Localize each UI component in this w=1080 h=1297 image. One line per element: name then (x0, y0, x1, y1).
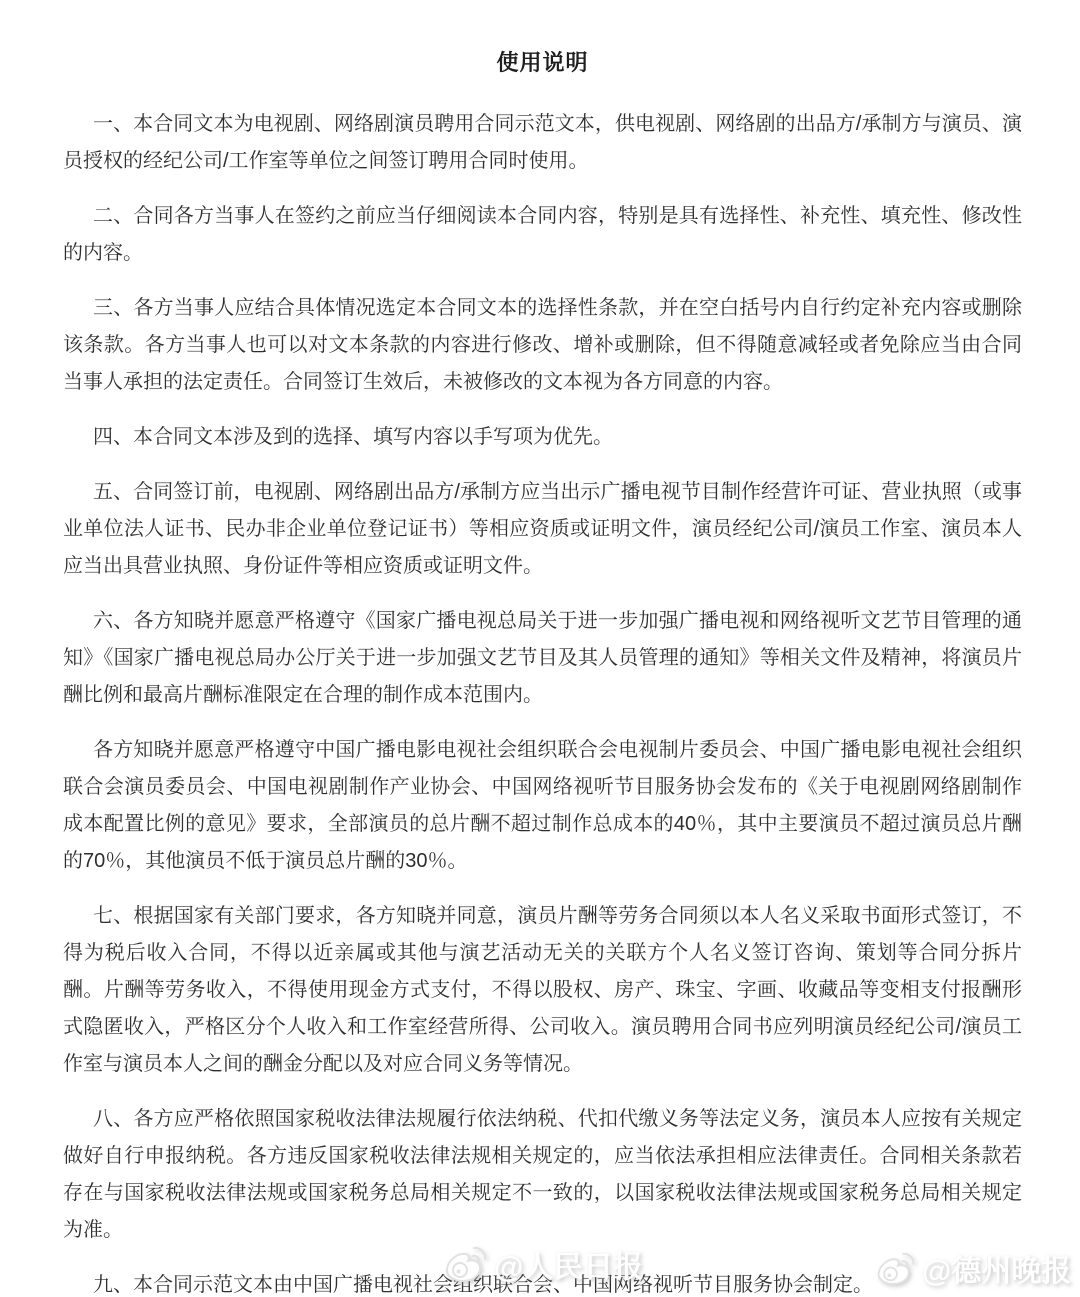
paragraph: 各方知晓并愿意严格遵守中国广播电影电视社会组织联合会电视制片委员会、中国广播电影… (63, 732, 1022, 880)
paragraph: 四、本合同文本涉及到的选择、填写内容以手写项为优先。 (63, 419, 1022, 456)
document-page: 使用说明 一、本合同文本为电视剧、网络剧演员聘用合同示范文本，供电视剧、网络剧的… (0, 0, 1080, 1297)
paragraph-list: 一、本合同文本为电视剧、网络剧演员聘用合同示范文本，供电视剧、网络剧的出品方/承… (63, 106, 1022, 1297)
paragraph: 九、本合同示范文本由中国广播电视社会组织联合会、中国网络视听节目服务协会制定。 (63, 1267, 1022, 1297)
paragraph: 一、本合同文本为电视剧、网络剧演员聘用合同示范文本，供电视剧、网络剧的出品方/承… (63, 106, 1022, 180)
paragraph: 八、各方应严格依照国家税收法律法规履行依法纳税、代扣代缴义务等法定义务，演员本人… (63, 1101, 1022, 1249)
paragraph: 三、各方当事人应结合具体情况选定本合同文本的选择性条款，并在空白括号内自行约定补… (63, 290, 1022, 401)
page-title: 使用说明 (63, 46, 1022, 80)
paragraph: 七、根据国家有关部门要求，各方知晓并同意，演员片酬等劳务合同须以本人名义采取书面… (63, 898, 1022, 1083)
paragraph: 五、合同签订前，电视剧、网络剧出品方/承制方应当出示广播电视节目制作经营许可证、… (63, 474, 1022, 585)
paragraph: 六、各方知晓并愿意严格遵守《国家广播电视总局关于进一步加强广播电视和网络视听文艺… (63, 603, 1022, 714)
paragraph: 二、合同各方当事人在签约之前应当仔细阅读本合同内容，特别是具有选择性、补充性、填… (63, 198, 1022, 272)
